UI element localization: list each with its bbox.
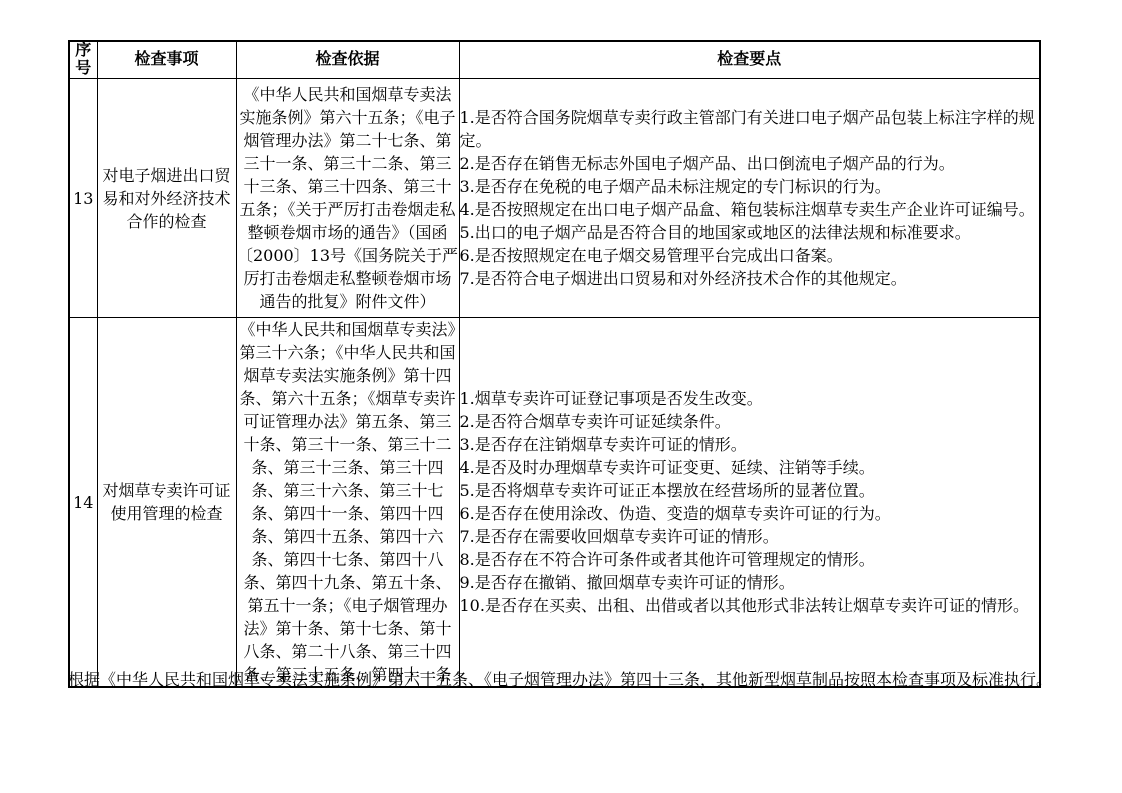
column-header-seq: 序号 (69, 41, 97, 79)
inspection-basis: 《中华人民共和国烟草专卖法》第三十六条；《中华人民共和国烟草专卖法实施条例》第十… (236, 318, 459, 688)
point-item: 4.是否及时办理烟草专卖许可证变更、延续、注销等手续。 (460, 456, 1040, 479)
point-item: 1.烟草专卖许可证登记事项是否发生改变。 (460, 387, 1040, 410)
point-item: 4.是否按照规定在出口电子烟产品盒、箱包装标注烟草专卖生产企业许可证编号。 (460, 198, 1040, 221)
row-number: 14 (69, 318, 97, 688)
point-item: 8.是否存在不符合许可条件或者其他许可管理规定的情形。 (460, 548, 1040, 571)
point-item: 3.是否存在免税的电子烟产品未标注规定的专门标识的行为。 (460, 175, 1040, 198)
point-item: 7.是否符合电子烟进出口贸易和对外经济技术合作的其他规定。 (460, 267, 1040, 290)
point-item: 5.出口的电子烟产品是否符合目的地国家或地区的法律法规和标准要求。 (460, 221, 1040, 244)
point-item: 9.是否存在撤销、撤回烟草专卖许可证的情形。 (460, 571, 1040, 594)
column-header-points: 检查要点 (459, 41, 1040, 79)
inspection-item: 对烟草专卖许可证使用管理的检查 (97, 318, 236, 688)
point-item: 6.是否按照规定在电子烟交易管理平台完成出口备案。 (460, 244, 1040, 267)
document-page: 序号 检查事项 检查依据 检查要点 13 对电子烟进出口贸易和对外经济技术合作的… (0, 0, 1122, 793)
inspection-basis: 《中华人民共和国烟草专卖法实施条例》第六十五条；《电子烟管理办法》第二十七条、第… (236, 79, 459, 318)
point-item: 2.是否符合烟草专卖许可证延续条件。 (460, 410, 1040, 433)
table-row: 13 对电子烟进出口贸易和对外经济技术合作的检查 《中华人民共和国烟草专卖法实施… (69, 79, 1040, 318)
inspection-points: 1.烟草专卖许可证登记事项是否发生改变。 2.是否符合烟草专卖许可证延续条件。 … (459, 318, 1040, 688)
point-item: 3.是否存在注销烟草专卖许可证的情形。 (460, 433, 1040, 456)
point-item: 10.是否存在买卖、出租、出借或者以其他形式非法转让烟草专卖许可证的情形。 (460, 594, 1040, 617)
inspection-table: 序号 检查事项 检查依据 检查要点 13 对电子烟进出口贸易和对外经济技术合作的… (68, 40, 1041, 688)
point-item: 1.是否符合国务院烟草专卖行政主管部门有关进口电子烟产品包装上标注字样的规定。 (460, 106, 1040, 152)
table-header-row: 序号 检查事项 检查依据 检查要点 (69, 41, 1040, 79)
row-number: 13 (69, 79, 97, 318)
inspection-points: 1.是否符合国务院烟草专卖行政主管部门有关进口电子烟产品包装上标注字样的规定。 … (459, 79, 1040, 318)
column-header-basis: 检查依据 (236, 41, 459, 79)
table-row: 14 对烟草专卖许可证使用管理的检查 《中华人民共和国烟草专卖法》第三十六条；《… (69, 318, 1040, 688)
column-header-item: 检查事项 (97, 41, 236, 79)
footer-note: 根据《中华人民共和国烟草专卖法实施条例》第六十五条、《电子烟管理办法》第四十三条… (68, 668, 1056, 691)
point-item: 6.是否存在使用涂改、伪造、变造的烟草专卖许可证的行为。 (460, 502, 1040, 525)
point-item: 5.是否将烟草专卖许可证正本摆放在经营场所的显著位置。 (460, 479, 1040, 502)
point-item: 7.是否存在需要收回烟草专卖许可证的情形。 (460, 525, 1040, 548)
inspection-item: 对电子烟进出口贸易和对外经济技术合作的检查 (97, 79, 236, 318)
point-item: 2.是否存在销售无标志外国电子烟产品、出口倒流电子烟产品的行为。 (460, 152, 1040, 175)
